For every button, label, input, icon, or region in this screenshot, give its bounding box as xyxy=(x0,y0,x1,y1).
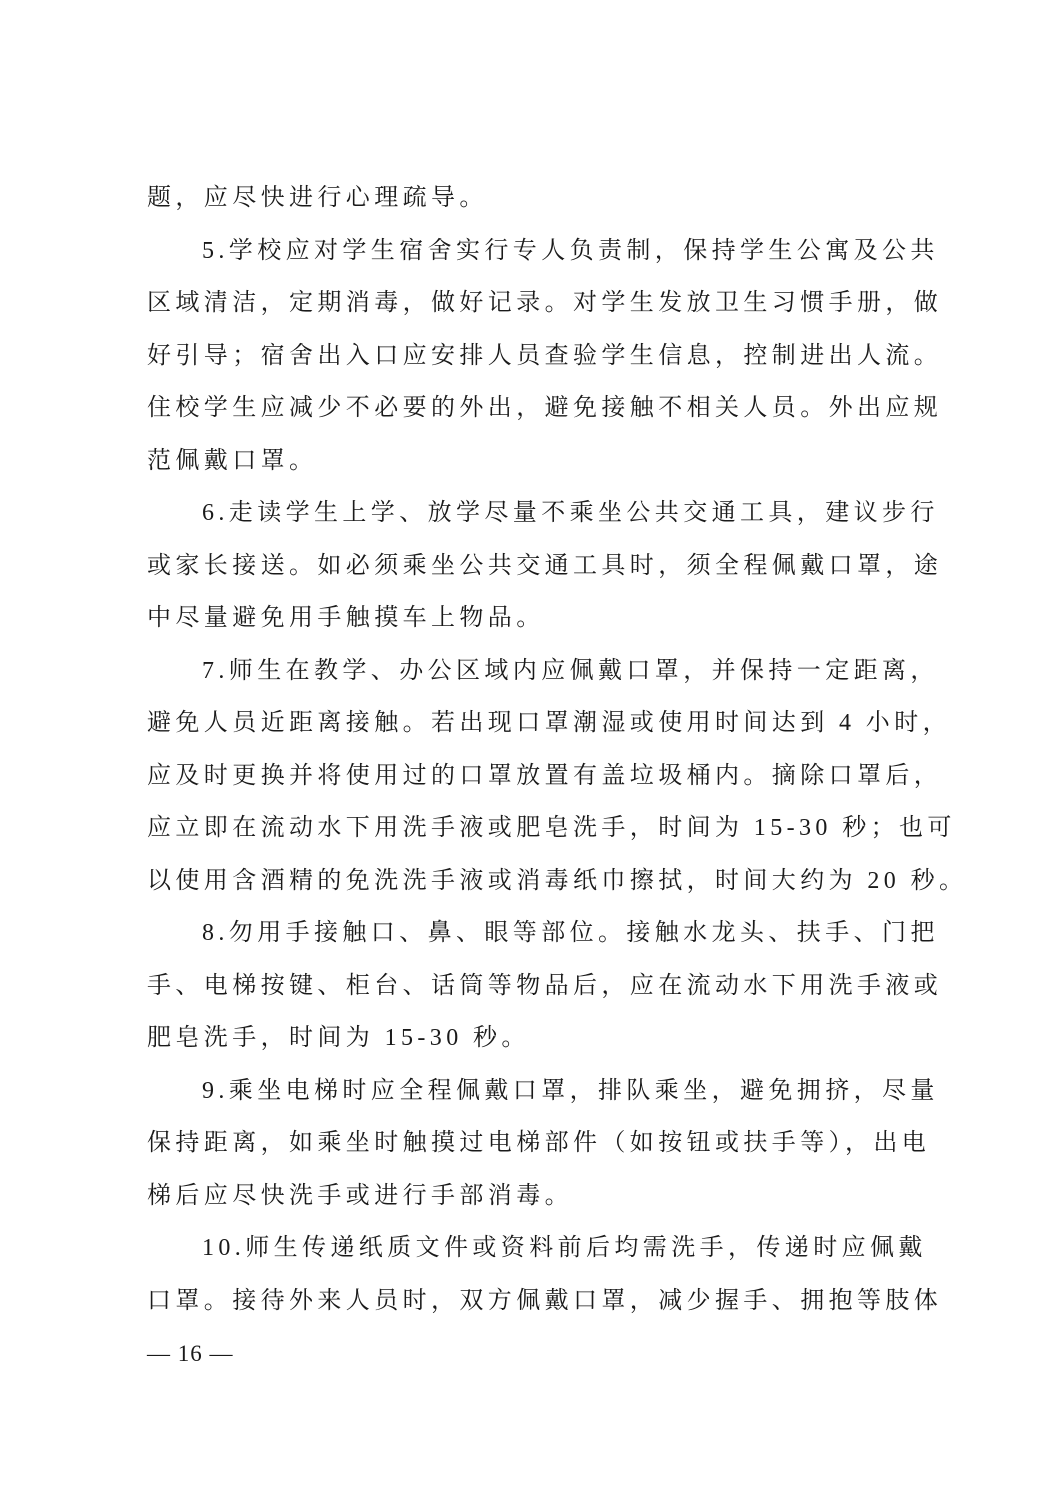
text-line-item-10-start: 10.师生传递纸质文件或资料前后均需洗手，传递时应佩戴 xyxy=(147,1230,937,1283)
text-line: 口罩。接待外来人员时，双方佩戴口罩，减少握手、拥抱等肢体 xyxy=(147,1283,937,1336)
text-line: 肥皂洗手，时间为 15-30 秒。 xyxy=(147,1020,937,1073)
text-line-item-7-start: 7.师生在教学、办公区域内应佩戴口罩，并保持一定距离， xyxy=(147,653,937,706)
text-line: 手、电梯按键、柜台、话筒等物品后，应在流动水下用洗手液或 xyxy=(147,968,937,1021)
text-line: 以使用含酒精的免洗洗手液或消毒纸巾擦拭，时间大约为 20 秒。 xyxy=(147,863,937,916)
text-line-item-5-start: 5.学校应对学生宿舍实行专人负责制，保持学生公寓及公共 xyxy=(147,233,937,286)
text-line-item-8-start: 8.勿用手接触口、鼻、眼等部位。接触水龙头、扶手、门把 xyxy=(147,915,937,968)
text-line: 应立即在流动水下用洗手液或肥皂洗手，时间为 15-30 秒；也可 xyxy=(147,810,937,863)
text-line: 避免人员近距离接触。若出现口罩潮湿或使用时间达到 4 小时， xyxy=(147,705,937,758)
text-line: 梯后应尽快洗手或进行手部消毒。 xyxy=(147,1178,937,1231)
text-line-continuation: 题，应尽快进行心理疏导。 xyxy=(147,180,937,233)
text-line: 应及时更换并将使用过的口罩放置有盖垃圾桶内。摘除口罩后， xyxy=(147,758,937,811)
text-line-item-9-start: 9.乘坐电梯时应全程佩戴口罩，排队乘坐，避免拥挤，尽量 xyxy=(147,1073,937,1126)
page-number-footer: — 16 — xyxy=(147,1338,234,1370)
text-line: 保持距离，如乘坐时触摸过电梯部件（如按钮或扶手等），出电 xyxy=(147,1125,937,1178)
body-text: 题，应尽快进行心理疏导。 5.学校应对学生宿舍实行专人负责制，保持学生公寓及公共… xyxy=(147,180,937,1335)
document-page: 题，应尽快进行心理疏导。 5.学校应对学生宿舍实行专人负责制，保持学生公寓及公共… xyxy=(0,0,1060,1500)
text-line: 好引导；宿舍出入口应安排人员查验学生信息，控制进出人流。 xyxy=(147,338,937,391)
text-line: 范佩戴口罩。 xyxy=(147,443,937,496)
text-line: 或家长接送。如必须乘坐公共交通工具时，须全程佩戴口罩，途 xyxy=(147,548,937,601)
text-line-item-6-start: 6.走读学生上学、放学尽量不乘坐公共交通工具，建议步行 xyxy=(147,495,937,548)
text-line: 中尽量避免用手触摸车上物品。 xyxy=(147,600,937,653)
text-line: 区域清洁，定期消毒，做好记录。对学生发放卫生习惯手册，做 xyxy=(147,285,937,338)
text-line: 住校学生应减少不必要的外出，避免接触不相关人员。外出应规 xyxy=(147,390,937,443)
